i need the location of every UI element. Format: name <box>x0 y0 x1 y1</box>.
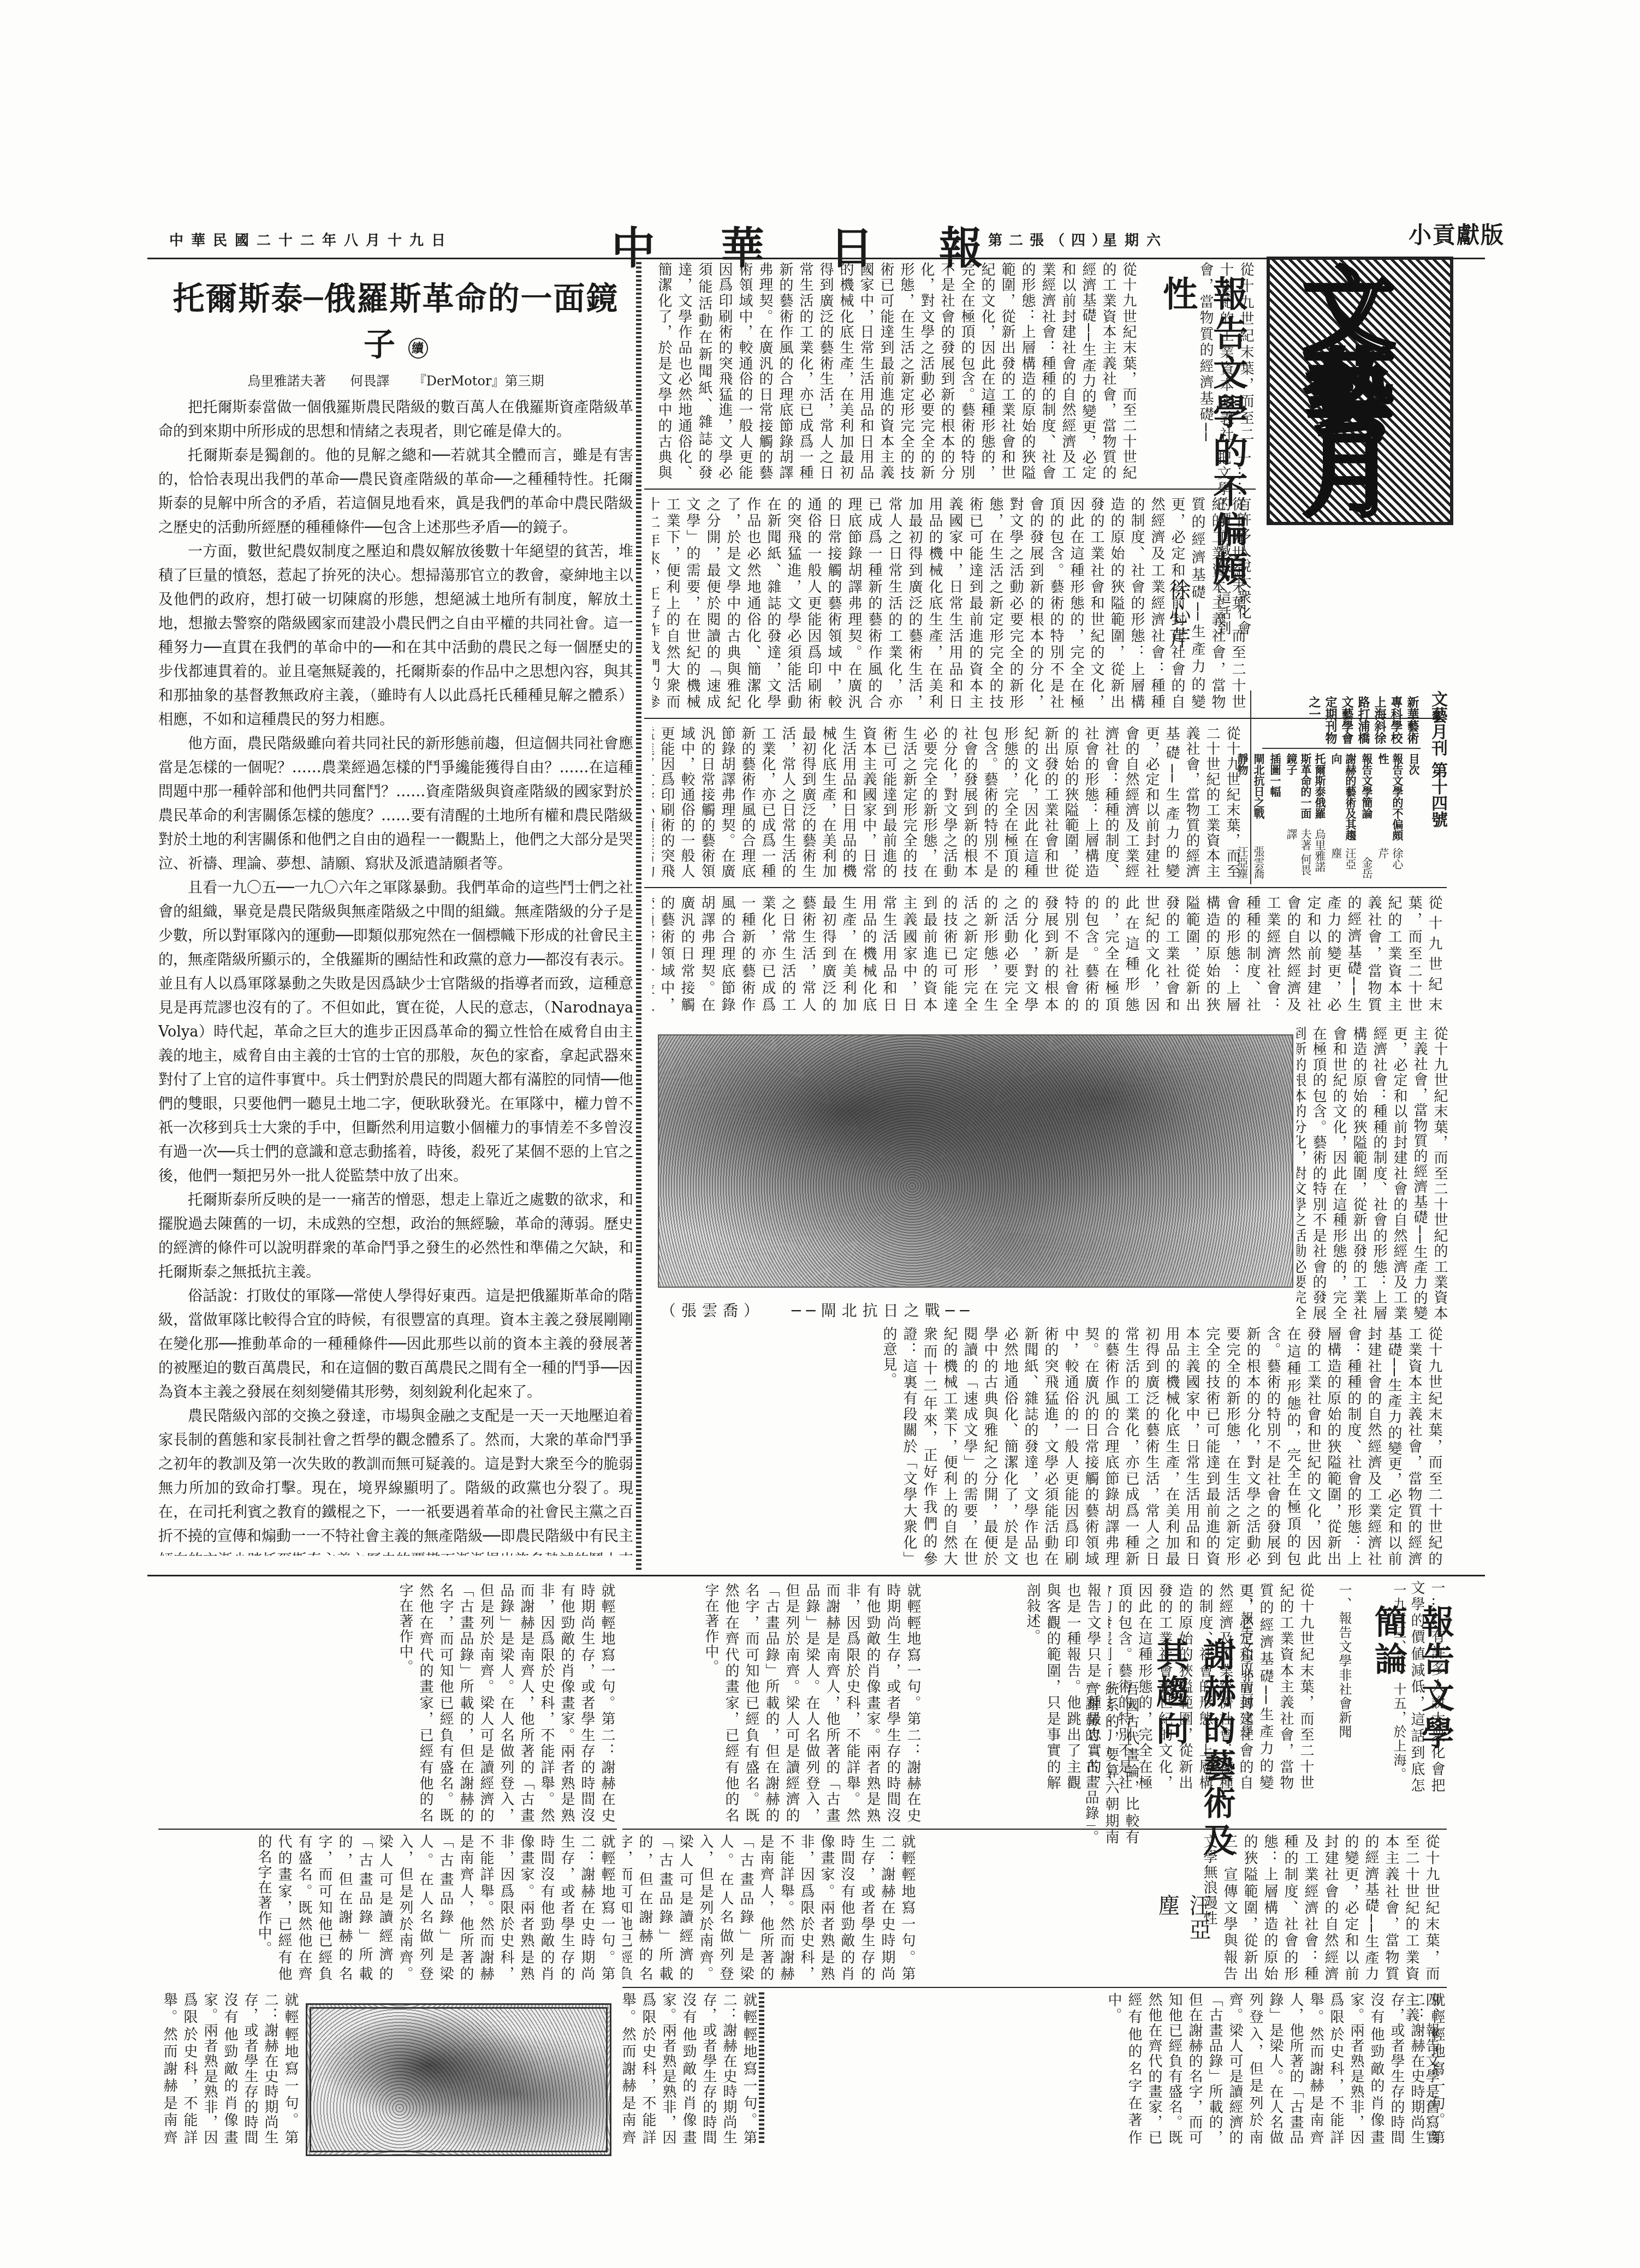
toc-item[interactable]: 靜物汪亞塵 <box>1235 753 1249 879</box>
author: 烏里雅諾夫著 <box>248 373 326 389</box>
tolstoy-title: 托爾斯泰─俄羅斯革命的一面鏡子 續 <box>158 273 633 365</box>
paragraph: 且看一九〇五──一九〇六年之軍隊暴動。我們革命的這些鬥士們之社會的組織，畢竟是農… <box>158 876 633 1188</box>
reportage-body-low: 從十九世紀末葉，而至二十世紀的工業資本主義社會，當物質的經濟基礎──生產力的變更… <box>652 726 1242 879</box>
toc-item[interactable]: 報告文學簡論金岳 <box>1359 753 1374 879</box>
xiehe-left-mid: 就輕輕地寫一句。第二：謝赫在史時期尚生存，或者學生存的時間沒有他勁敵的肖像畫家。… <box>158 1834 617 1981</box>
column-rule <box>644 887 1447 888</box>
toc-label: 目次 <box>1406 753 1421 879</box>
masthead-weekday: 星期六 <box>1103 229 1168 249</box>
woodcut-glyph: 月 <box>1303 434 1395 516</box>
paragraph: 他方面，農民階級雖向着共同社民的新形態前趨，但這個共同社會應當是怎樣的一個呢？…… <box>158 732 633 876</box>
xiehe-lead: 吾國古代畫論，比較有統系的，要算六朝期南齊謝赫的「古畫品錄」。其後繼續的，有陳奧… <box>1086 1681 1141 1845</box>
xiehe-body-1: 就輕輕地寫一句。第二：謝赫在史時期尚生存，或者學生存的時間沒有他勁敵的肖像畫家。… <box>628 1583 923 1823</box>
brief-section4: 四、報告文學是舊寫實主義 <box>1179 1992 1441 2145</box>
reportage-body-mid: 從十九世紀末葉，而至二十世紀的工業資本主義社會，當物質的經濟基礎──生產力的變更… <box>652 497 1247 710</box>
paragraph: 農民階級內部的交換之發達，市場與金融之支配是一天一天地壓迫着家長制的舊態和家長制… <box>158 1404 633 1556</box>
tolstoy-body: 把托爾斯泰當做一個俄羅斯農民階級的數百萬人在俄羅斯資產階級革命的到來期中所形成的… <box>158 396 633 1556</box>
reportage-right-col: 從十九世紀末葉，而至二十世紀的工業資本主義社會，當物質的經濟基礎──生產力的變更… <box>1297 1026 1449 1321</box>
tolstoy-title-text: 托爾斯泰─俄羅斯革命的一面鏡子 <box>173 280 619 363</box>
masthead: 中華民國二十二年八月十九日 中華日報 第二張（四） 星期六 小貢獻版 <box>147 207 1507 257</box>
reportage-col-right: 從十九世紀末葉，而至二十世紀的工業資本主義社會，當物質的經濟基礎──生產力的變更… <box>1196 262 1256 442</box>
table-of-contents: 文藝月刊 第十四號 新華藝術專科學校 上海斜徐路打浦橋 文藝學會定期刊物之一 目… <box>1250 690 1448 884</box>
newspaper-page: 中華民國二十二年八月十九日 中華日報 第二張（四） 星期六 小貢獻版 托爾斯泰─… <box>147 207 1507 2151</box>
toc-header: 文藝月刊 第十四號 <box>1427 690 1448 827</box>
wavy-column-divider <box>636 262 641 1572</box>
toc-item[interactable]: 插圖一幅 <box>1268 753 1282 879</box>
brief-section3: 三、宣傳文學與報告文學無浪漫性 <box>923 1834 1239 1981</box>
xiehe-left-bottom: 就輕輕地寫一句。第二：謝赫在史時期尚生存，或者學生存的時間沒有他勁敵的肖像畫家。… <box>158 1992 300 2145</box>
brief-section3-body: 從十九世紀末葉，而至二十世紀的工業資本主義社會，當物質的經濟基礎──生產力的變更… <box>1245 1834 1441 1981</box>
continued-mark: 續 <box>408 338 428 359</box>
photo-credit: （張雲喬） <box>661 1299 764 1321</box>
tolstoy-article: 托爾斯泰─俄羅斯革命的一面鏡子 續 烏里雅諾夫著 何畏譯 『DerMotor』第… <box>158 262 633 1556</box>
brief-section1: 一、報告文學非社會新聞 <box>1321 1583 1354 1790</box>
toc-item[interactable]: 謝赫的藝術及其趨向汪亞塵 <box>1329 753 1357 879</box>
wavy-column-divider <box>759 1992 764 2145</box>
masthead-date: 中華民國二十二年八月十九日 <box>169 229 453 249</box>
toc-item[interactable]: 報告文學的不偏頗性徐心芹 <box>1376 753 1404 879</box>
tolstoy-byline: 烏里雅諾夫著 何畏譯 『DerMotor』第三期 <box>158 370 633 389</box>
masthead-issue: 第二張（四） <box>988 229 1113 249</box>
paragraph: 托爾斯泰是獨創的。他的見解之總和──若就其全體而言，雖是有害的，恰恰表現出我們的… <box>158 444 633 540</box>
toc-publisher: 新華藝術專科學校 上海斜徐路打浦橋 文藝學會定期刊物之一 <box>1262 696 1421 749</box>
column-rule <box>622 1987 1447 1988</box>
paragraph: 俗話說：打敗仗的軍隊──常使人學得好東西。這是把俄羅斯革命的階級，當做軍隊比較得… <box>158 1284 633 1404</box>
toc-item[interactable]: 閘北抗日之戰張雲喬 <box>1251 753 1265 879</box>
paragraph: 托爾斯泰所反映的是一一痛苦的憎惡，想走上靠近之處數的欲求，和擺脫過去陳舊的一切，… <box>158 1188 633 1284</box>
column-rule <box>644 489 1256 490</box>
column-rule <box>622 1829 1447 1830</box>
horizontal-rule <box>147 1575 1485 1576</box>
column-rule <box>158 1829 617 1830</box>
toc-list: 目次 報告文學的不偏頗性徐心芹 報告文學簡論金岳 謝赫的藝術及其趨向汪亞塵 托爾… <box>1257 753 1421 879</box>
masthead-section: 小貢獻版 <box>1409 217 1505 250</box>
zhabei-battle-photo <box>658 1034 1293 1288</box>
reportage-body-bottom: 從十九世紀末葉，而至二十世紀的工業資本主義社會，當物質的經濟基礎──生產力的變更… <box>652 895 1444 1013</box>
toc-item[interactable]: 托爾斯泰俄羅斯革命的一面鏡子烏里雅諾夫著 何畏譯 <box>1284 753 1327 879</box>
reportage-bottom-col: 從十九世紀末葉，而至二十世紀的工業資本主義社會，當物質的經濟基礎──生產力的變更… <box>652 1326 1444 1567</box>
translator: 何畏譯 <box>350 373 389 389</box>
photo-caption: ──閘北抗日之戰── <box>792 1299 975 1321</box>
xiehe-mid-bottom: 就輕輕地寫一句。第二：謝赫在史時期尚生存，或者學生存的時間沒有他勁敵的肖像畫家。… <box>617 1992 759 2145</box>
brief-date-line: 一九三三、八、十五，於上海。 <box>1387 1583 1409 1790</box>
paragraph: 一方面，數世紀農奴制度之壓迫和農奴解放後數十年絕望的貧苦，堆積了巨量的憤怒，惹起… <box>158 540 633 732</box>
still-life-painting <box>306 2003 611 2156</box>
brief-section2-body: 報告文學只是一種最忠實的，也是一種報告。他跳出了主觀與客觀的範圍，只是事實的解剖… <box>928 1583 1103 1790</box>
paragraph: 把托爾斯泰當做一個俄羅斯農民階級的數百萬人在俄羅斯資產階級革命的到來期中所形成的… <box>158 396 633 444</box>
xiehe-body-2: 就輕輕地寫一句。第二：謝赫在史時期尚生存，或者學生存的時間沒有他勁敵的肖像畫家。… <box>622 1834 917 1981</box>
xiehe-left-top: 就輕輕地寫一句。第二：謝赫在史時期尚生存，或者學生存的時間沒有他勁敵的肖像畫家。… <box>158 1583 617 1823</box>
brief-title: 報告文學簡論 <box>1365 1605 1459 1785</box>
reportage-body-top: 從十九世紀末葉，而至二十世紀的工業資本主義社會，當物質的經濟基礎──生產力的變更… <box>652 262 1138 480</box>
literary-monthly-woodcut-banner: 文 藝 月 <box>1267 257 1453 525</box>
source: 『DerMotor』第三期 <box>413 373 544 389</box>
